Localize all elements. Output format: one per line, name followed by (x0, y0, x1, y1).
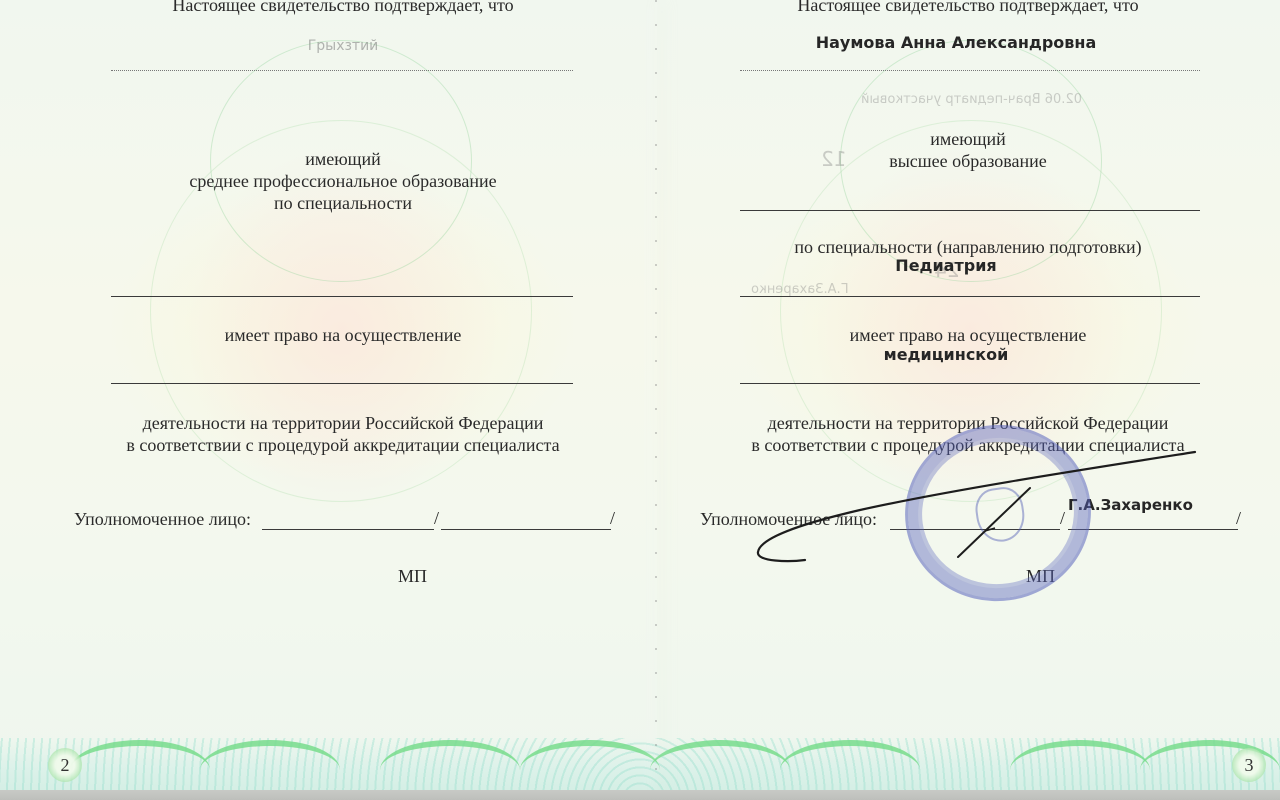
slash-separator: / (1236, 508, 1241, 529)
name-line (111, 70, 573, 71)
specialty-line (740, 296, 1200, 297)
signature-line (262, 529, 434, 530)
activity-line (740, 383, 1200, 384)
holder-name: Наумова Анна Александровна (656, 33, 1256, 52)
signatory-name-line (441, 529, 611, 530)
specialty-label: по специальности (0, 192, 686, 214)
specialty-line (111, 296, 573, 297)
name-line (740, 70, 1200, 71)
right-to-text: имеет право на осуществление (0, 324, 686, 346)
slash-separator: / (434, 508, 439, 529)
page-left: Настоящее свидетельство подтверждает, чт… (0, 0, 656, 800)
seal-placeholder-label: МП (398, 566, 427, 587)
intro-text: Настоящее свидетельство подтверждает, чт… (656, 0, 1280, 16)
territory-text-2: в соответствии с процедурой аккредитации… (0, 434, 686, 456)
authorized-person-label: Уполномоченное лицо: (74, 509, 251, 530)
book-fold (655, 0, 657, 790)
page-number-right: 3 (1232, 748, 1266, 782)
specialty-label: по специальности (направлению подготовки… (656, 236, 1280, 258)
education-text: среднее профессиональное образование (0, 170, 686, 192)
specialty-value: Педиатрия (656, 256, 1236, 275)
education-text: высшее образование (656, 150, 1280, 172)
page-right: 02.06 Врач-педиатр участковый 12 Г.А.Зах… (656, 0, 1280, 800)
page-number-left: 2 (48, 748, 82, 782)
signatory-name-line (1068, 529, 1238, 530)
bleed-through-text: 02.06 Врач-педиатр участковый (861, 92, 1082, 107)
authorized-person-label: Уполномоченное лицо: (700, 509, 877, 530)
activity-value: медицинской (656, 345, 1236, 364)
right-to-text: имеет право на осуществление (656, 324, 1280, 346)
intro-text: Настоящее свидетельство подтверждает, чт… (0, 0, 686, 16)
slash-separator: / (610, 508, 615, 529)
activity-line (111, 383, 573, 384)
scan-edge (0, 790, 1280, 800)
bleed-through-text: Г.А.Захаренко (751, 282, 849, 297)
having-text: имеющий (656, 128, 1280, 150)
name-value-faded: Грыхзтий (0, 38, 686, 54)
territory-text-1: деятельности на территории Российской Фе… (0, 412, 686, 434)
having-text: имеющий (0, 148, 686, 170)
education-line (740, 210, 1200, 211)
certificate-spread: Настоящее свидетельство подтверждает, чт… (0, 0, 1280, 800)
